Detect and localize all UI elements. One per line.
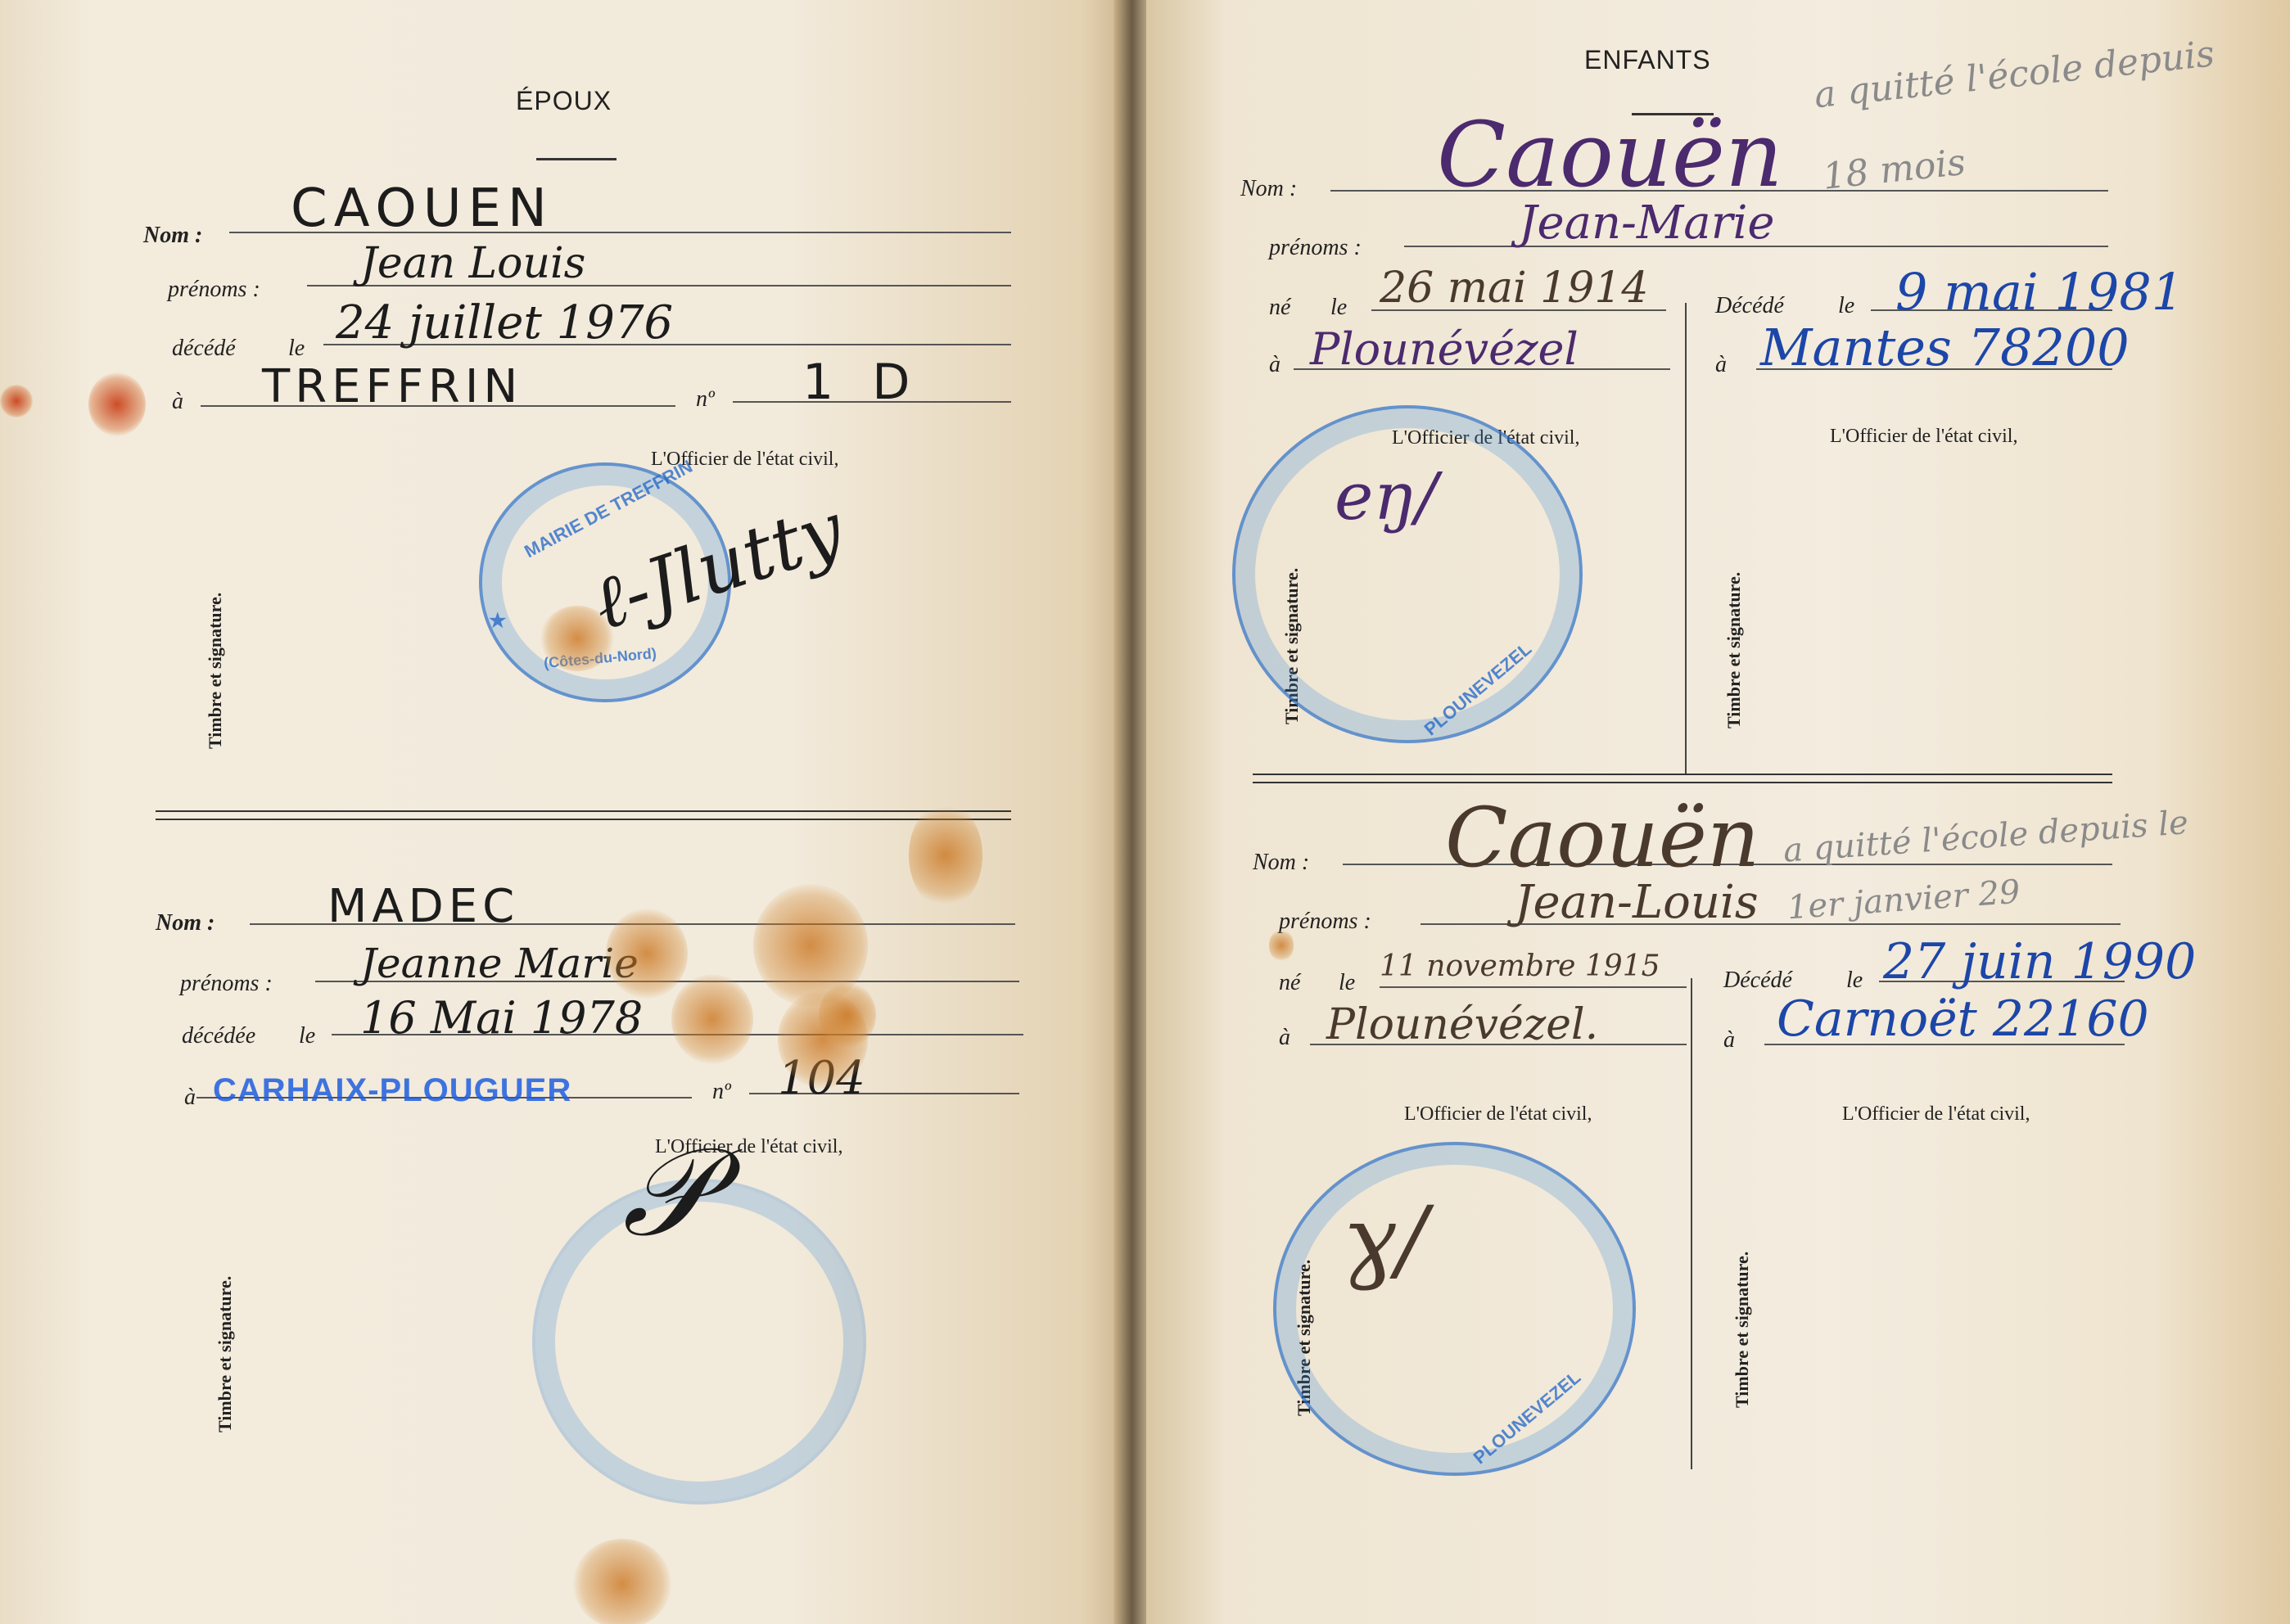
- wife-nom-label: Nom :: [156, 910, 215, 936]
- stain: [909, 802, 982, 909]
- husband-le-label: le: [288, 336, 305, 362]
- husband-nom-value: CAOUEN: [291, 178, 553, 239]
- heading-epoux: ÉPOUX: [516, 86, 612, 116]
- wife-a-label: à: [184, 1085, 196, 1111]
- stain: [1269, 929, 1294, 962]
- child1-death-a-label: à: [1715, 352, 1727, 378]
- child1-decede-label: Décédé: [1715, 293, 1784, 319]
- child2-le-label: le: [1339, 970, 1355, 996]
- child1-signature: eŋ/: [1335, 458, 1438, 535]
- plounevezel-stamp-2: PLOUNEVEZEL: [1273, 1142, 1636, 1476]
- wife-timbre-label: Timbre et signature.: [215, 1276, 236, 1432]
- child2-nom-label: Nom :: [1253, 850, 1309, 876]
- child1-death-date: 9 mai 1981: [1895, 262, 2184, 322]
- stain: [540, 606, 614, 671]
- husband-decede-label: décédé: [172, 336, 236, 362]
- wife-lieu-stamp: CARHAIX-PLOUGUER: [213, 1072, 571, 1109]
- child2-timbre-label-2: Timbre et signature.: [1732, 1252, 1753, 1408]
- section-divider: [1253, 774, 2112, 783]
- husband-timbre-label: Timbre et signature.: [205, 593, 226, 749]
- wife-signature: 𝒫: [622, 1121, 711, 1266]
- wife-decede-label: décédée: [182, 1023, 255, 1049]
- right-page-enfants: ENFANTS Nom : Caouën a quitté l'école de…: [1146, 0, 2290, 1624]
- child1-timbre-label-2: Timbre et signature.: [1723, 572, 1745, 729]
- stain: [819, 982, 876, 1048]
- husband-lieu-value: TREFFRIN: [262, 360, 522, 413]
- child2-death-a-label: à: [1723, 1027, 1735, 1053]
- wife-prenoms-label: prénoms :: [180, 971, 273, 997]
- stain: [573, 1539, 671, 1624]
- child2-prenoms-label: prénoms :: [1279, 909, 1371, 935]
- child2-birth-date: 11 novembre 1915: [1380, 950, 1660, 983]
- child2-margin-note: a quitté l'école depuis le 1er janvier 2…: [1782, 791, 2247, 937]
- child1-prenoms-label: prénoms :: [1269, 235, 1362, 261]
- husband-nom-label: Nom :: [143, 223, 202, 249]
- child1-le-label: le: [1330, 295, 1347, 321]
- child1-nom-value: Caouën: [1437, 102, 1783, 207]
- child2-signature: ɣ/: [1343, 1187, 1427, 1292]
- left-page-epoux: ÉPOUX Nom : CAOUEN prénoms : Jean Louis …: [0, 0, 1126, 1624]
- child1-nom-label: Nom :: [1240, 176, 1297, 202]
- child1-officer-label-2: L'Officier de l'état civil,: [1830, 426, 2017, 448]
- child1-death-place: Mantes 78200: [1760, 318, 2130, 377]
- child1-a-label: à: [1269, 352, 1281, 378]
- child2-officer-label-2: L'Officier de l'état civil,: [1842, 1103, 2030, 1126]
- stain: [671, 974, 753, 1064]
- child2-nom-value: Caouën: [1445, 790, 1759, 886]
- child2-birth-date-line: [1380, 986, 1687, 988]
- wife-le-label: le: [299, 1023, 315, 1049]
- husband-prenoms-value: Jean Louis: [360, 239, 585, 288]
- husband-a-label: à: [172, 389, 183, 415]
- child1-prenoms-value: Jean-Marie: [1519, 196, 1775, 250]
- heading-rule: [536, 158, 617, 160]
- wife-date-value: 16 Mai 1978: [360, 992, 643, 1044]
- stain: [0, 385, 33, 417]
- stamp-text: PLOUNEVEZEL: [1421, 638, 1536, 740]
- wife-prenoms-value: Jeanne Marie: [360, 940, 639, 987]
- child1-ne-label: né: [1269, 295, 1290, 321]
- child1-margin-note: a quitté l'école depuis 18 mois: [1810, 11, 2251, 218]
- heading-enfants: ENFANTS: [1584, 45, 1711, 75]
- child2-birth-place: Plounévézel.: [1326, 1000, 1598, 1049]
- plounevezel-stamp-1: PLOUNEVEZEL: [1232, 405, 1583, 743]
- column-divider: [1691, 978, 1692, 1469]
- section-divider: [156, 810, 1011, 820]
- child2-prenoms-value: Jean-Louis: [1515, 876, 1759, 929]
- child2-death-date: 27 juin 1990: [1883, 933, 2196, 990]
- husband-prenoms-label: prénoms :: [168, 277, 260, 303]
- child2-officer-label: L'Officier de l'état civil,: [1404, 1103, 1592, 1126]
- child1-birth-place: Plounévézel: [1310, 323, 1579, 375]
- stain: [88, 372, 146, 436]
- wife-nom-value: MADEC: [327, 880, 519, 933]
- child2-death-place: Carnoët 22160: [1777, 990, 2149, 1048]
- stamp-text: PLOUNEVEZEL: [1470, 1367, 1585, 1468]
- child1-death-le-label: le: [1838, 293, 1854, 319]
- husband-date-value: 24 juillet 1976: [336, 296, 673, 350]
- husband-no-label: nº: [696, 386, 715, 413]
- wife-no-label: nº: [712, 1079, 731, 1105]
- stain: [606, 909, 688, 999]
- child2-ne-label: né: [1279, 970, 1300, 996]
- child1-birth-date: 26 mai 1914: [1380, 264, 1649, 313]
- column-divider: [1685, 303, 1687, 774]
- stamp-star-icon: ★: [489, 609, 507, 633]
- husband-no-value: 1 D: [802, 354, 921, 411]
- child2-a-label: à: [1279, 1025, 1290, 1051]
